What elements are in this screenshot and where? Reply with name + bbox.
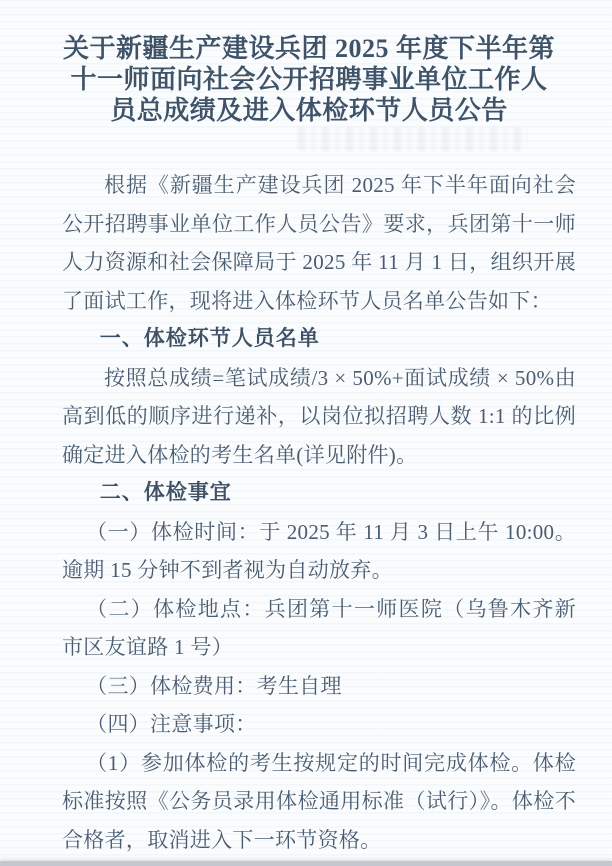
title-line-3: 员总成绩及进入体检环节人员公告	[40, 95, 578, 126]
scanned-announcement-page: 关于新疆生产建设兵团 2025 年度下半年第 十一师面向社会公开招聘事业单位工作…	[0, 0, 612, 866]
ink-bleed-through-artifact	[298, 127, 528, 151]
scan-bottom-edge	[0, 861, 612, 866]
section-1-heading: 一、体检环节人员名单	[62, 320, 576, 359]
exam-fee-item: （三）体检费用：考生自理	[62, 667, 576, 706]
exam-location-item: （二）体检地点：兵团第十一师医院（乌鲁木齐新市区友谊路 1 号）	[62, 590, 576, 667]
title-line-2: 十一师面向社会公开招聘事业单位工作人	[40, 64, 578, 95]
note-1-paragraph: （1）参加体检的考生按规定的时间完成体检。体检标准按照《公务员录用体检通用标准（…	[62, 744, 576, 860]
intro-paragraph: 根据《新疆生产建设兵团 2025 年下半年面向社会公开招聘事业单位工作人员公告》…	[62, 166, 576, 320]
notes-heading-item: （四）注意事项：	[62, 705, 576, 744]
exam-time-item: （一）体检时间：于 2025 年 11 月 3 日上午 10:00。逾期 15 …	[62, 513, 576, 590]
document-body: 根据《新疆生产建设兵团 2025 年下半年面向社会公开招聘事业单位工作人员公告》…	[62, 166, 576, 859]
section-2-heading: 二、体检事宜	[62, 474, 576, 513]
scoring-rule-paragraph: 按照总成绩=笔试成绩/3 × 50%+面试成绩 × 50%由高到低的顺序进行递补…	[62, 359, 576, 475]
title-line-1: 关于新疆生产建设兵团 2025 年度下半年第	[40, 33, 578, 64]
document-title: 关于新疆生产建设兵团 2025 年度下半年第 十一师面向社会公开招聘事业单位工作…	[40, 33, 578, 126]
